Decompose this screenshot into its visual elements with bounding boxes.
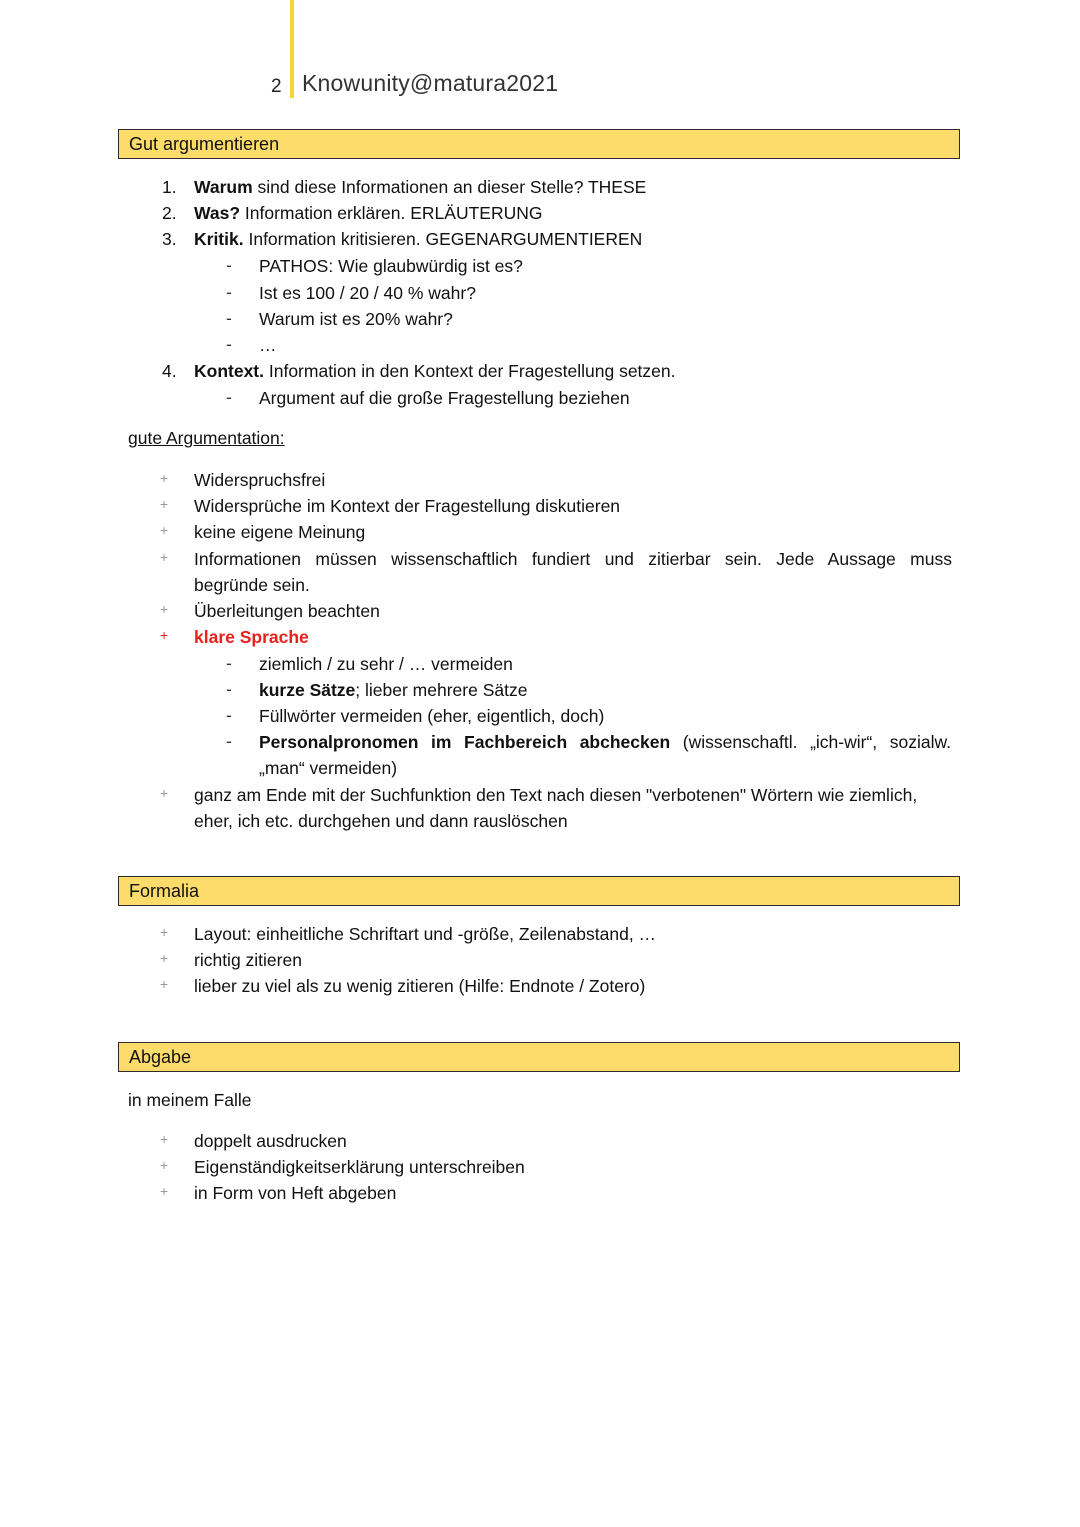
- section-heading-formalia: Formalia: [118, 876, 960, 906]
- subheading-gute-argumentation: gute Argumentation:: [128, 425, 285, 451]
- sub-item: …: [259, 332, 277, 358]
- sub-item: Argument auf die große Fragestellung bez…: [259, 385, 630, 411]
- plus-bullet: +: [160, 785, 168, 801]
- list-number: 1.: [162, 177, 177, 198]
- sub-item: ziemlich / zu sehr / … vermeiden: [259, 651, 513, 677]
- plus-bullet: +: [160, 522, 168, 538]
- list-item: richtig zitieren: [194, 947, 302, 973]
- abgabe-intro: in meinem Falle: [128, 1087, 252, 1113]
- sub-item: Ist es 100 / 20 / 40 % wahr?: [259, 280, 476, 306]
- plus-bullet: +: [160, 470, 168, 486]
- header-accent-bar: [290, 0, 294, 98]
- list-item: Widerspruchsfrei: [194, 467, 325, 493]
- list-item: Eigenständigkeitserklärung unterschreibe…: [194, 1154, 525, 1180]
- plus-bullet: +: [160, 976, 168, 992]
- sub-item-continuation: „man“ vermeiden): [259, 755, 397, 781]
- list-item: Informationen müssen wissenschaftlich fu…: [194, 546, 952, 572]
- page-number: 2: [271, 76, 282, 98]
- list-number: 2.: [162, 203, 177, 224]
- section-heading-abgabe: Abgabe: [118, 1042, 960, 1072]
- plus-bullet: +: [160, 549, 168, 565]
- dash-bullet: -: [226, 282, 232, 303]
- sub-item: kurze Sätze; lieber mehrere Sätze: [259, 677, 527, 703]
- plus-bullet: +: [160, 1157, 168, 1173]
- list-item: Kritik. Information kritisieren. GEGENAR…: [194, 226, 642, 252]
- sub-item: Personalpronomen im Fachbereich abchecke…: [259, 729, 951, 755]
- list-item: Kontext. Information in den Kontext der …: [194, 358, 676, 384]
- plus-bullet: +: [160, 1183, 168, 1199]
- list-item: in Form von Heft abgeben: [194, 1180, 396, 1206]
- list-item: doppelt ausdrucken: [194, 1128, 347, 1154]
- list-item: Was? Information erklären. ERLÄUTERUNG: [194, 200, 543, 226]
- dash-bullet: -: [226, 334, 232, 355]
- list-item: ganz am Ende mit der Suchfunktion den Te…: [194, 782, 917, 808]
- plus-bullet: +: [160, 950, 168, 966]
- section-heading-argumentieren: Gut argumentieren: [118, 129, 960, 159]
- brand-title: Knowunity@matura2021: [302, 70, 558, 97]
- list-item: Layout: einheitliche Schriftart und -grö…: [194, 921, 656, 947]
- dash-bullet: -: [226, 679, 232, 700]
- list-item-continuation: begründe sein.: [194, 572, 310, 598]
- sub-item: Füllwörter vermeiden (eher, eigentlich, …: [259, 703, 604, 729]
- sub-item: PATHOS: Wie glaubwürdig ist es?: [259, 253, 523, 279]
- dash-bullet: -: [226, 387, 232, 408]
- list-item: Widersprüche im Kontext der Fragestellun…: [194, 493, 620, 519]
- dash-bullet: -: [226, 731, 232, 752]
- plus-bullet: +: [160, 601, 168, 617]
- dash-bullet: -: [226, 308, 232, 329]
- list-item: Überleitungen beachten: [194, 598, 380, 624]
- sub-item: Warum ist es 20% wahr?: [259, 306, 453, 332]
- list-number: 3.: [162, 229, 177, 250]
- list-number: 4.: [162, 361, 177, 382]
- list-item-continuation: eher, ich etc. durchgehen und dann rausl…: [194, 808, 568, 834]
- dash-bullet: -: [226, 255, 232, 276]
- list-item: Warum sind diese Informationen an dieser…: [194, 174, 646, 200]
- list-item: keine eigene Meinung: [194, 519, 365, 545]
- plus-bullet: +: [160, 924, 168, 940]
- dash-bullet: -: [226, 705, 232, 726]
- list-item-highlight: klare Sprache: [194, 624, 309, 650]
- plus-bullet-red: +: [160, 627, 168, 643]
- dash-bullet: -: [226, 653, 232, 674]
- plus-bullet: +: [160, 1131, 168, 1147]
- plus-bullet: +: [160, 496, 168, 512]
- list-item: lieber zu viel als zu wenig zitieren (Hi…: [194, 973, 645, 999]
